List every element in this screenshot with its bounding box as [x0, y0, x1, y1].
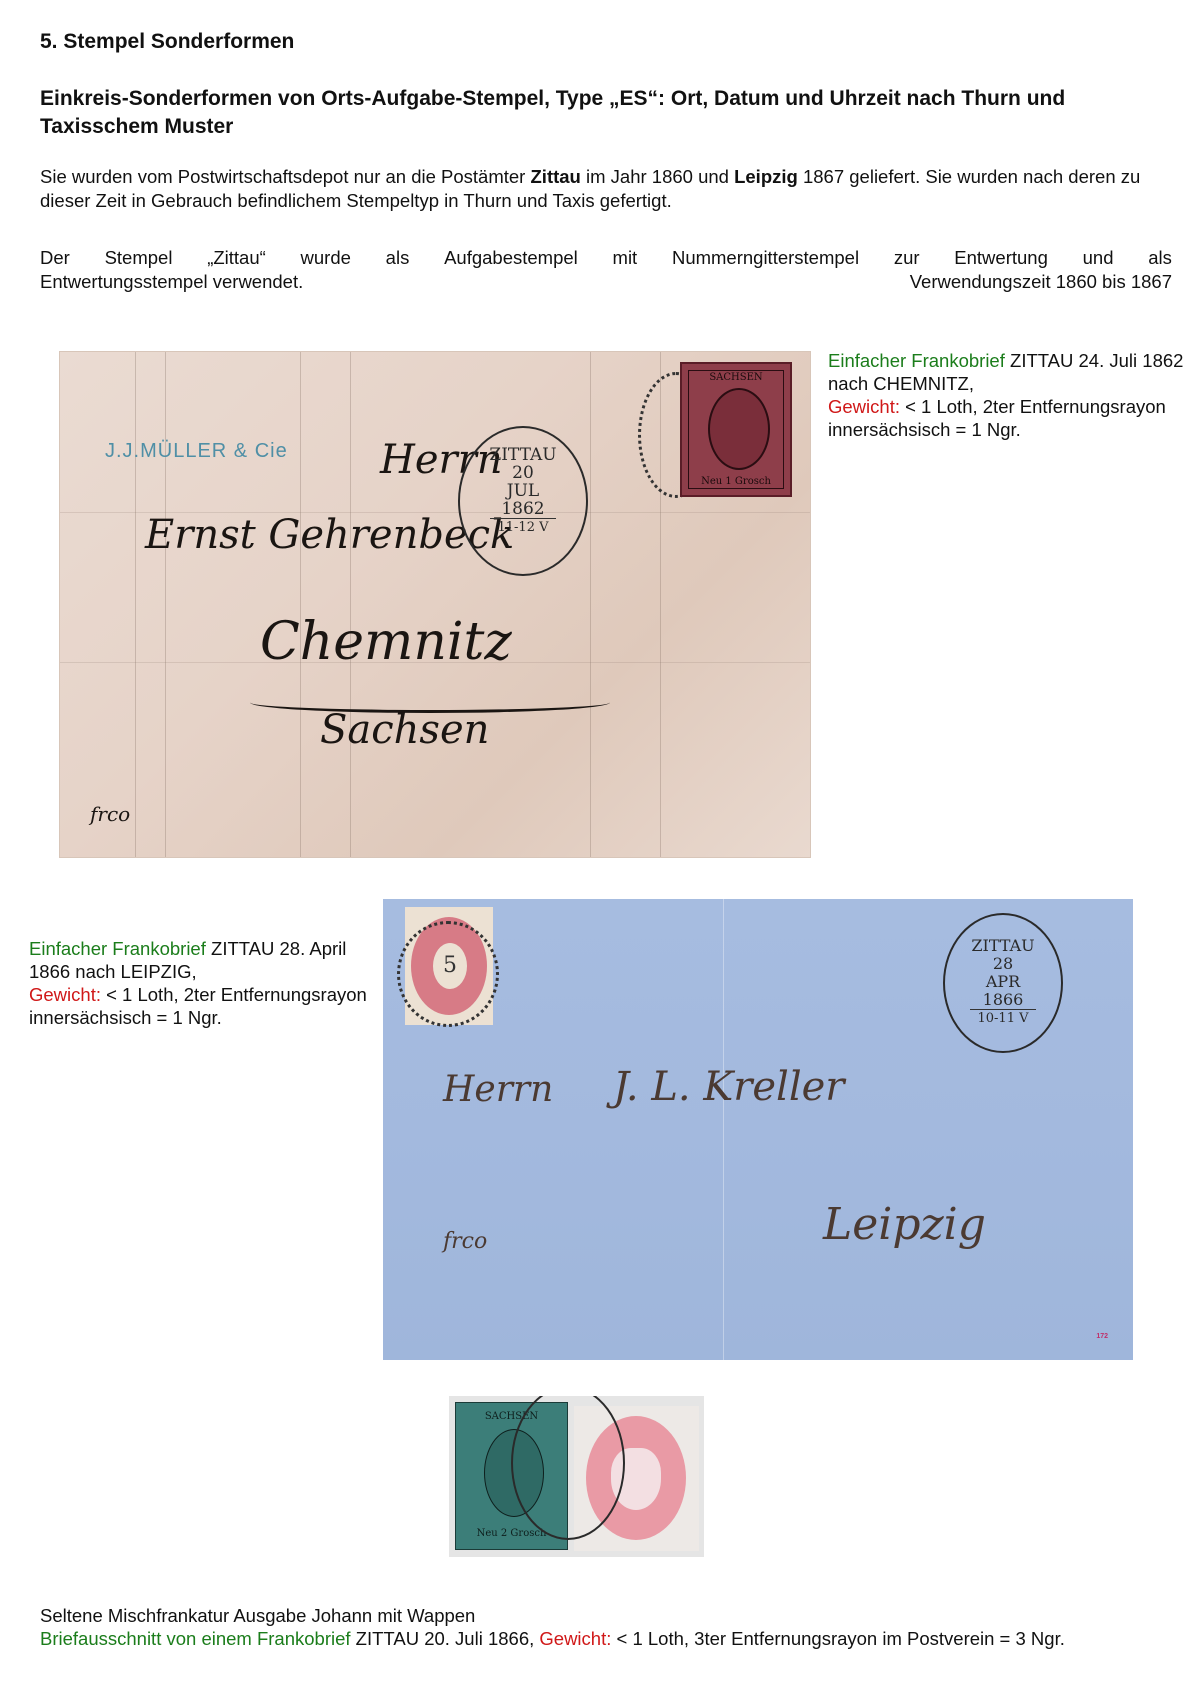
address-salutation: Herrn	[443, 1069, 553, 1110]
clipping-image: SACHSEN Neu 2 Grosch	[449, 1396, 704, 1557]
intro-word: „Zittau“	[207, 246, 266, 270]
caption-heading: Seltene Mischfrankatur Ausgabe Johann mi…	[40, 1605, 475, 1626]
intro-word: Nummerngitterstempel	[672, 246, 859, 270]
intro-word: Der	[40, 246, 70, 270]
caption-clipping: Seltene Mischfrankatur Ausgabe Johann mi…	[40, 1604, 1180, 1650]
cover-image-chemnitz: J.J.MÜLLER & Cie Herrn Ernst Gehrenbeck …	[60, 352, 810, 857]
intro-word: Stempel	[105, 246, 173, 270]
caption-text: ZITTAU 20. Juli 1866,	[351, 1628, 540, 1649]
usage-period: Verwendungszeit 1860 bis 1867	[910, 270, 1172, 294]
intro-word: als	[386, 246, 410, 270]
postmark-month: JUL	[460, 482, 586, 500]
stamp-1-neugroschen: SACHSEN Neu 1 Grosch	[680, 362, 792, 497]
postmark-day: 28	[945, 955, 1061, 973]
section-title: 5. Stempel Sonderformen	[40, 30, 294, 54]
intro-p2-left: Entwertungsstempel verwendet.	[40, 270, 303, 294]
caption-text: < 1 Loth, 3ter Entfernungsrayon im Postv…	[611, 1628, 1065, 1649]
intro-word: mit	[613, 246, 638, 270]
postmark-town: ZITTAU	[945, 937, 1061, 955]
postmark-month: APR	[945, 973, 1061, 991]
cover-image-leipzig: 5 ZITTAU 28 APR 1866 10-11 V Herrn J. L.…	[383, 899, 1133, 1360]
intro-paragraph-1: Sie wurden vom Postwirtschaftsdepot nur …	[40, 165, 1172, 213]
portrait-oval	[708, 388, 770, 470]
intro-word: zur	[894, 246, 920, 270]
postmark-time: 10-11 V	[970, 1009, 1036, 1028]
intro-word: und	[1083, 246, 1114, 270]
postmark-year: 1862	[460, 500, 586, 518]
stamp-country: SACHSEN	[682, 372, 790, 383]
zittau-postmark: ZITTAU 20 JUL 1862 11-12 V	[458, 426, 588, 576]
caption-type: Einfacher Frankobrief	[29, 938, 206, 959]
firm-imprint: J.J.MÜLLER & Cie	[105, 440, 288, 463]
address-name: J. L. Kreller	[613, 1064, 844, 1110]
franco-note: frco	[90, 802, 130, 826]
intro-text: Sie wurden vom Postwirtschaftsdepot nur …	[40, 166, 531, 187]
intro-bold-zittau: Zittau	[531, 166, 581, 187]
section-subtitle: Einkreis-Sonderformen von Orts-Aufgabe-S…	[40, 85, 1170, 141]
postmark-day: 20	[460, 464, 586, 482]
intro-paragraph-2: DerStempel„Zittau“wurdealsAufgabestempel…	[40, 246, 1172, 294]
intro-text: im Jahr 1860 und	[581, 166, 734, 187]
caption-weight-label: Gewicht:	[539, 1628, 611, 1649]
caption-weight-label: Gewicht:	[828, 396, 900, 417]
address-region: Sachsen	[320, 707, 489, 753]
franco-note: frco	[443, 1229, 487, 1254]
address-city: Leipzig	[823, 1199, 986, 1250]
intro-p2-line2: Entwertungsstempel verwendet. Verwendung…	[40, 270, 1172, 294]
numeral-grid-cancel	[397, 921, 499, 1027]
address-name: Ernst Gehrenbeck	[145, 512, 514, 558]
postmark-town: ZITTAU	[460, 446, 586, 464]
postmark-year: 1866	[945, 991, 1061, 1009]
caption-cover-2: Einfacher Frankobrief ZITTAU 28. April 1…	[29, 937, 389, 1029]
caption-type: Einfacher Frankobrief	[828, 350, 1005, 371]
intro-word: Aufgabestempel	[444, 246, 578, 270]
postmark-time: 11-12 V	[490, 518, 556, 537]
intro-word: als	[1148, 246, 1172, 270]
address-city: Chemnitz	[260, 612, 512, 672]
intro-p2-line1: DerStempel„Zittau“wurdealsAufgabestempel…	[40, 246, 1172, 270]
caption-weight-label: Gewicht:	[29, 984, 101, 1005]
zittau-postmark: ZITTAU 28 APR 1866 10-11 V	[943, 913, 1063, 1053]
stamp-value: Neu 1 Grosch	[682, 476, 790, 487]
intro-word: wurde	[301, 246, 351, 270]
corner-mark: 172	[1096, 1333, 1108, 1340]
caption-type: Briefausschnitt von einem Frankobrief	[40, 1628, 351, 1649]
caption-cover-1: Einfacher Frankobrief ZITTAU 24. Juli 18…	[828, 349, 1188, 441]
intro-word: Entwertung	[954, 246, 1048, 270]
intro-bold-leipzig: Leipzig	[734, 166, 798, 187]
